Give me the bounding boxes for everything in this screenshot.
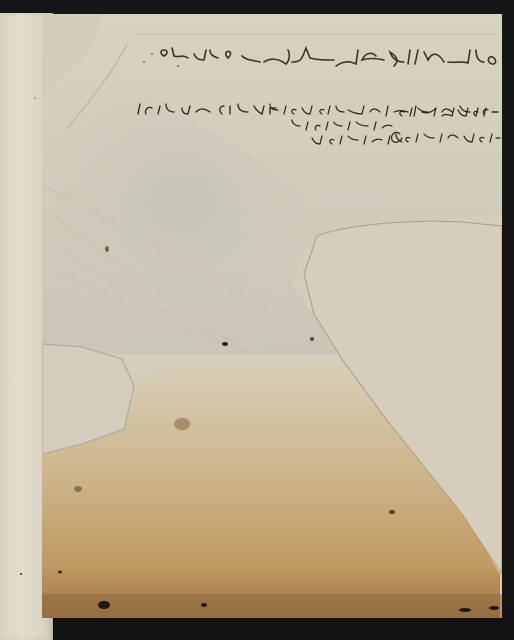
ink-speck — [20, 573, 22, 575]
manuscript-folio — [42, 14, 502, 618]
ink-speck — [34, 97, 36, 99]
background-top — [0, 0, 514, 14]
background-right — [500, 0, 514, 640]
handwriting-top-line — [122, 44, 502, 72]
handwriting-right-note — [382, 100, 502, 150]
